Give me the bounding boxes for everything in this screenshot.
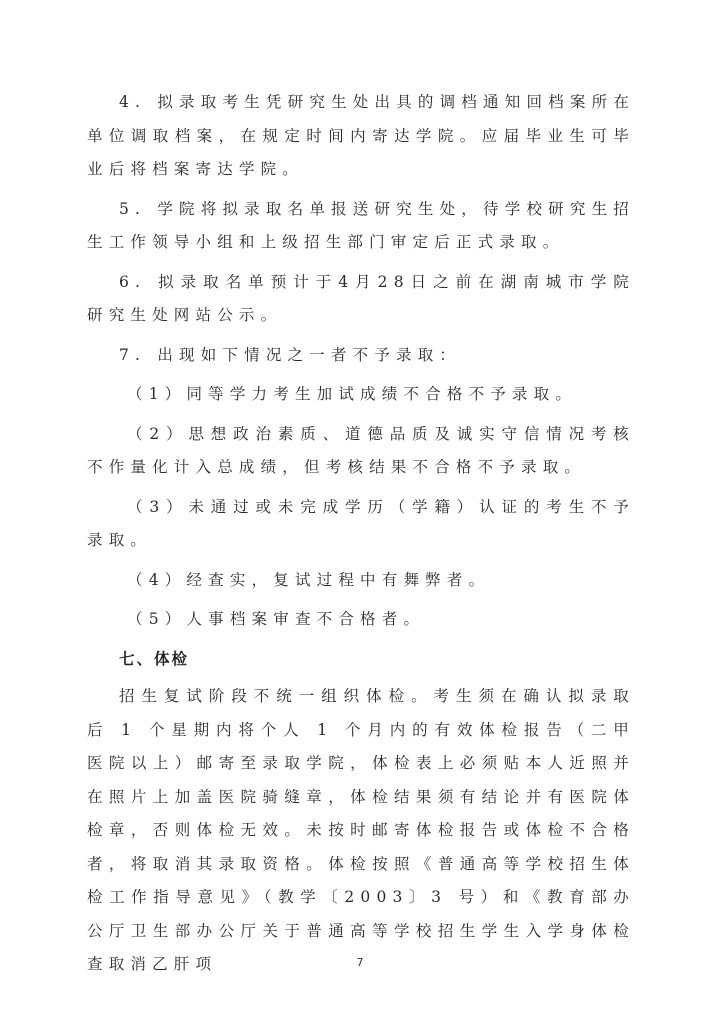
section-body-physical-exam: 招生复试阶段不统一组织体检。考生须在确认拟录取后 1 个星期内将个人 1 个月内… (87, 680, 635, 982)
paragraph-item-4: 4. 拟录取考生凭研究生处出具的调档通知回档案所在单位调取档案，在规定时间内寄达… (87, 86, 635, 187)
paragraph-item-6: 6. 拟录取名单预计于4月28日之前在湖南城市学院研究生处网站公示。 (87, 266, 635, 333)
sub-item-3: （3）未通过或未完成学历（学籍）认证的考生不予录取。 (87, 491, 635, 558)
paragraph-item-7: 7. 出现如下情况之一者不予录取： (87, 339, 635, 373)
sub-item-1: （1）同等学力考生加试成绩不合格不予录取。 (87, 378, 635, 412)
page-number: 7 (0, 956, 720, 969)
section-heading-physical-exam: 七、体检 (87, 643, 635, 677)
document-page: 4. 拟录取考生凭研究生处出具的调档通知回档案所在单位调取档案，在规定时间内寄达… (87, 86, 635, 988)
sub-item-2: （2）思想政治素质、道德品质及诚实守信情况考核不作量化计入总成绩，但考核结果不合… (87, 418, 635, 485)
sub-item-4: （4）经查实，复试过程中有舞弊者。 (87, 564, 635, 598)
paragraph-item-5: 5. 学院将拟录取名单报送研究生处，待学校研究生招生工作领导小组和上级招生部门审… (87, 193, 635, 260)
sub-item-5: （5）人事档案审查不合格者。 (87, 603, 635, 637)
